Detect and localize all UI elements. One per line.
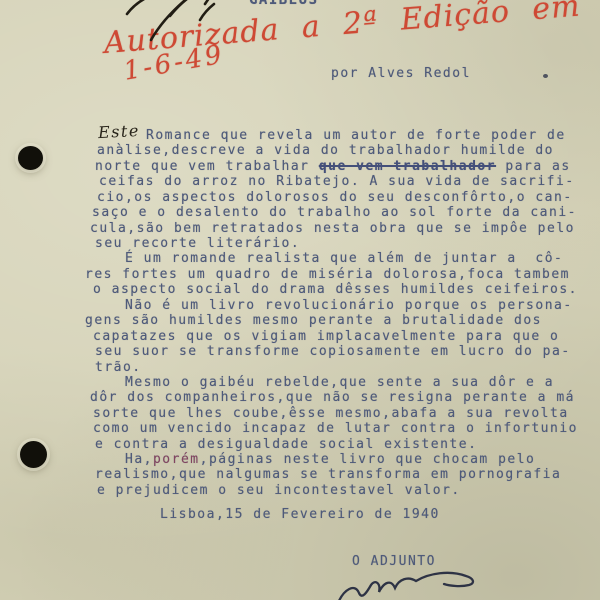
body-line-segment: Ha, (125, 452, 153, 467)
page-title-fragment: GAIBEUS (249, 0, 319, 8)
body-line-with-strikethrough: norte que vem trabalhar que vem trabalha… (95, 159, 571, 174)
body-line: trão. (95, 360, 142, 375)
byline: por Alves Redol (331, 66, 471, 81)
body-line: como um vencido incapaz de lutar contra … (93, 421, 578, 436)
body-line: e prejudicem o seu incontestavel valor. (97, 483, 461, 498)
body-line: res fortes um quadro de miséria dolorosa… (85, 267, 570, 282)
scanned-typewritten-page: { "header": { "title_fragment": "GAIBEUS… (0, 0, 600, 600)
small-ink-dot (543, 74, 548, 78)
red-overstruck-word: porém (153, 452, 200, 467)
body-line-segment: norte que vem trabalhar (95, 159, 319, 174)
body-line: cio,os aspectos dolorosos do seu desconf… (97, 190, 573, 205)
body-line: Romance que revela um autor de forte pod… (146, 128, 566, 143)
body-line: Não é um livro revolucionário porque os … (125, 298, 573, 313)
body-line: sorte que lhes coube,êsse mesmo,abafa a … (93, 406, 569, 421)
handwritten-insertion: Este (98, 121, 141, 142)
body-line: o aspecto social do drama dêsses humilde… (93, 282, 578, 297)
body-line: Mesmo o gaibéu rebelde,que sente a sua d… (125, 375, 554, 390)
body-line: realismo,que nalgumas se transforma em p… (95, 467, 561, 482)
body-line-segment: para as (496, 159, 571, 174)
body-line: ceifas do arroz no Ribatejo. A sua vida … (99, 174, 575, 189)
body-line-with-red-overstrike: Ha,porém,páginas neste livro que chocam … (125, 452, 535, 467)
hole-punch-top (18, 146, 43, 170)
body-line: cula,são bem retratados nesta obra que s… (90, 221, 575, 236)
hole-punch-bottom (20, 441, 47, 468)
body-line: capatazes que os vigiam implacavelmente … (93, 329, 559, 344)
strikethrough-text: que vem trabalhador (319, 159, 496, 174)
signature-ink-mark (338, 573, 473, 600)
body-line-segment: ,páginas neste livro que chocam pelo (200, 452, 536, 467)
body-line: É um romande realista que além de juntar… (125, 251, 563, 266)
body-line: seu suor se transforme copiosamente em l… (95, 344, 571, 359)
signoff-title: O ADJUNTO (352, 554, 436, 569)
body-line: e contra a desigualdade social existente… (95, 437, 477, 452)
dateline: Lisboa,15 de Fevereiro de 1940 (160, 507, 440, 522)
body-line: saço e o desalento do trabalho ao sol fo… (92, 205, 577, 220)
body-line: anàlise,descreve a vida do trabalhador h… (97, 143, 554, 158)
body-line: dôr dos companheiros,que não se resigna … (90, 390, 575, 405)
body-line: gens são humildes mesmo perante a brutal… (85, 313, 542, 328)
body-line: seu recorte literário. (95, 236, 300, 251)
